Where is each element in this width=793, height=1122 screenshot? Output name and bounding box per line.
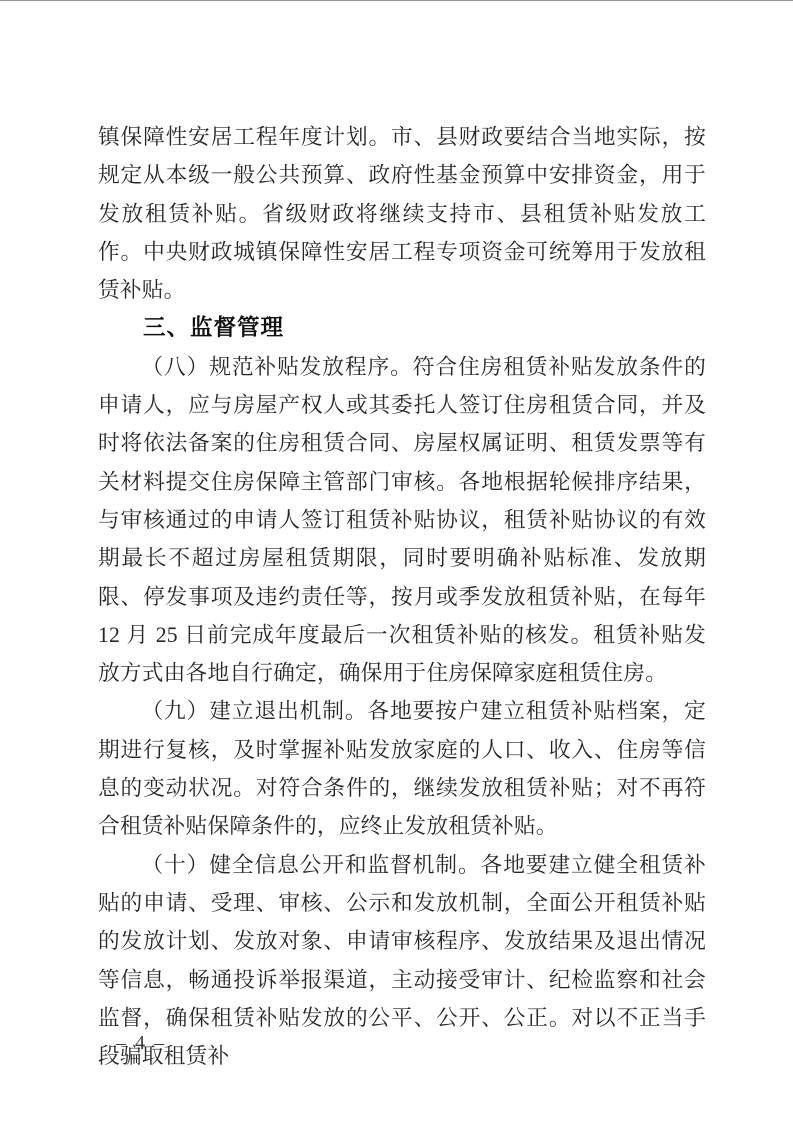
document-page: 镇保障性安居工程年度计划。市、县财政要结合当地实际，按规定从本级一般公共预算、政…: [0, 0, 793, 1122]
paragraph-item-10: （十）健全信息公开和监督机制。各地要建立健全租赁补贴的申请、受理、审核、公示和发…: [98, 846, 706, 1076]
page-number: – 4 –: [116, 1031, 166, 1055]
document-body: 镇保障性安居工程年度计划。市、县财政要结合当地实际，按规定从本级一般公共预算、政…: [98, 118, 706, 1075]
paragraph-continuation: 镇保障性安居工程年度计划。市、县财政要结合当地实际，按规定从本级一般公共预算、政…: [98, 118, 706, 309]
section-heading-supervision: 三、监督管理: [98, 309, 706, 347]
paragraph-item-9: （九）建立退出机制。各地要按户建立租赁补贴档案，定期进行复核，及时掌握补贴发放家…: [98, 692, 706, 845]
paragraph-item-8: （八）规范补贴发放程序。符合住房租赁补贴发放条件的申请人，应与房屋产权人或其委托…: [98, 348, 706, 693]
